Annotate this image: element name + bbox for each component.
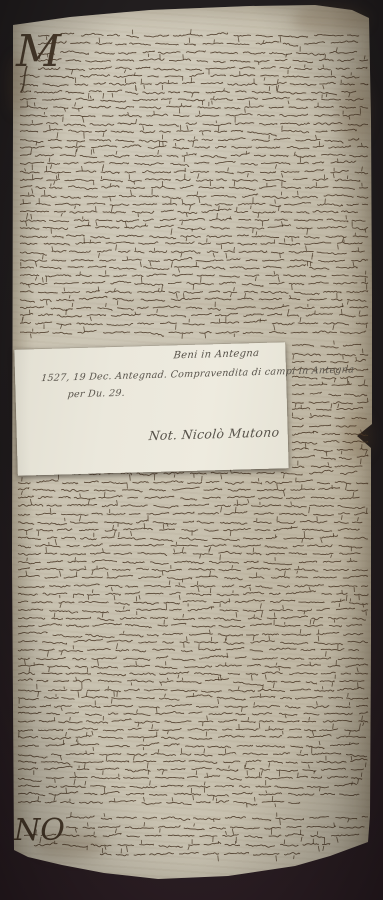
archivist-slip: Beni in Antegna 1527, 19 Dec. Antegnad. … bbox=[14, 342, 288, 476]
slip-notary-signature: Not. Nicolò Mutono bbox=[148, 424, 280, 443]
slip-place-label: Beni in Antegna bbox=[173, 348, 260, 361]
closing-initial: NO bbox=[13, 813, 65, 848]
photo-of-parchment-deed: M NO Beni in Antegna 1527, 19 Dec. Anteg… bbox=[0, 0, 383, 900]
slip-entry-line2: per Du. 29. bbox=[67, 388, 125, 401]
